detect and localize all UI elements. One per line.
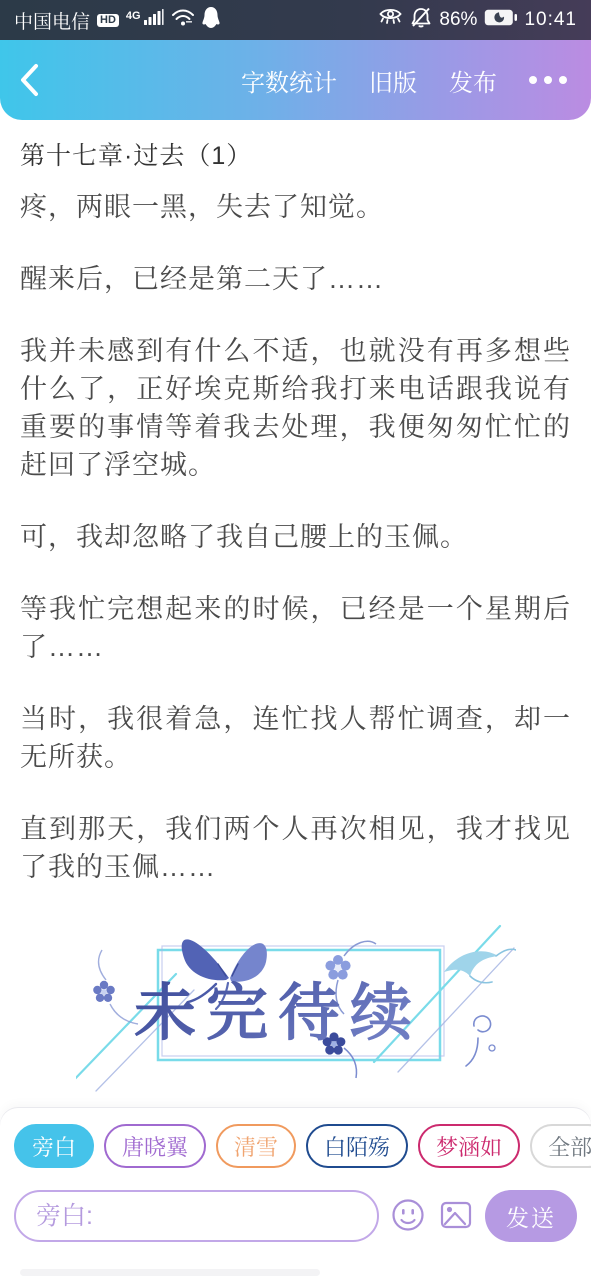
nav-bar: 字数统计 旧版 发布 bbox=[0, 40, 591, 120]
paragraph: 可，我却忽略了我自己腰上的玉佩。 bbox=[20, 518, 571, 556]
image-picker-icon bbox=[437, 1196, 475, 1237]
send-button[interactable]: 发送 bbox=[485, 1190, 577, 1242]
carrier-label: 中国电信 bbox=[14, 7, 90, 34]
emoji-smiley-icon bbox=[389, 1196, 427, 1237]
battery-icon bbox=[484, 9, 517, 32]
composer-panel: 旁白唐晓翼清雪白陌殇梦涵如全部 发送 bbox=[0, 1108, 591, 1280]
status-left: 中国电信 HD 4G bbox=[14, 7, 220, 34]
character-chip-旁白[interactable]: 旁白 bbox=[14, 1124, 94, 1168]
paragraph: 我并未感到有什么不适，也就没有再多想些什么了，正好埃克斯给我打来电话跟我说有重要… bbox=[20, 332, 571, 484]
qq-notification-icon bbox=[202, 7, 220, 34]
chapter-content[interactable]: 第十七章·过去（1） 疼，两眼一黑，失去了知觉。醒来后，已经是第二天了……我并未… bbox=[0, 120, 591, 1108]
network-4g-label: 4G bbox=[126, 10, 141, 22]
more-menu-button[interactable] bbox=[529, 76, 567, 84]
to-be-continued-text: 未完待续 bbox=[134, 976, 422, 1049]
nav-publish[interactable]: 发布 bbox=[449, 63, 497, 98]
paragraph: 当时，我很着急，连忙找人帮忙调查，却一无所获。 bbox=[20, 700, 571, 776]
emoji-button[interactable] bbox=[389, 1197, 427, 1235]
swirl-decoration bbox=[466, 1016, 495, 1066]
nav-old-version[interactable]: 旧版 bbox=[369, 63, 417, 98]
chapter-paragraphs: 疼，两眼一黑，失去了知觉。醒来后，已经是第二天了……我并未感到有什么不适，也就没… bbox=[20, 188, 571, 886]
to-be-continued-artwork: 未完待续 bbox=[76, 920, 516, 1097]
composer-row: 发送 bbox=[14, 1190, 577, 1242]
signal-bars-icon bbox=[144, 8, 164, 32]
bird-decoration bbox=[444, 949, 516, 983]
clock-label: 10:41 bbox=[524, 9, 577, 31]
paragraph: 直到那天，我们两个人再次相见，我才找见了我的玉佩…… bbox=[20, 810, 571, 886]
nav-word-count[interactable]: 字数统计 bbox=[241, 63, 337, 98]
left-flower-decoration bbox=[93, 950, 138, 1024]
hd-badge: HD bbox=[97, 14, 119, 27]
eye-protection-icon bbox=[378, 7, 403, 33]
status-right: 86% 10:41 bbox=[378, 7, 577, 34]
wifi-icon bbox=[171, 8, 195, 33]
paragraph: 疼，两眼一黑，失去了知觉。 bbox=[20, 188, 571, 226]
nav-actions: 字数统计 旧版 发布 bbox=[241, 63, 567, 98]
character-chips: 旁白唐晓翼清雪白陌殇梦涵如全部 bbox=[14, 1124, 577, 1168]
status-bar: 中国电信 HD 4G 86% 10:41 bbox=[0, 0, 591, 40]
character-chip-梦涵如[interactable]: 梦涵如 bbox=[418, 1124, 520, 1168]
message-input[interactable] bbox=[14, 1190, 379, 1242]
character-chip-清雪[interactable]: 清雪 bbox=[216, 1124, 296, 1168]
character-chip-全部[interactable]: 全部 bbox=[530, 1124, 591, 1168]
chapter-title: 第十七章·过去（1） bbox=[20, 136, 571, 172]
back-button[interactable] bbox=[18, 63, 40, 97]
bottom-hint-bar bbox=[20, 1269, 320, 1276]
image-picker-button[interactable] bbox=[437, 1197, 475, 1235]
paragraph: 醒来后，已经是第二天了…… bbox=[20, 260, 571, 298]
paragraph: 等我忙完想起来的时候，已经是一个星期后了…… bbox=[20, 590, 571, 666]
battery-percent-label: 86% bbox=[439, 9, 477, 31]
mute-bell-icon bbox=[410, 7, 432, 34]
character-chip-白陌殇[interactable]: 白陌殇 bbox=[306, 1124, 408, 1168]
app-screen: 中国电信 HD 4G 86% 10:41 bbox=[0, 0, 591, 1280]
character-chip-唐晓翼[interactable]: 唐晓翼 bbox=[104, 1124, 206, 1168]
